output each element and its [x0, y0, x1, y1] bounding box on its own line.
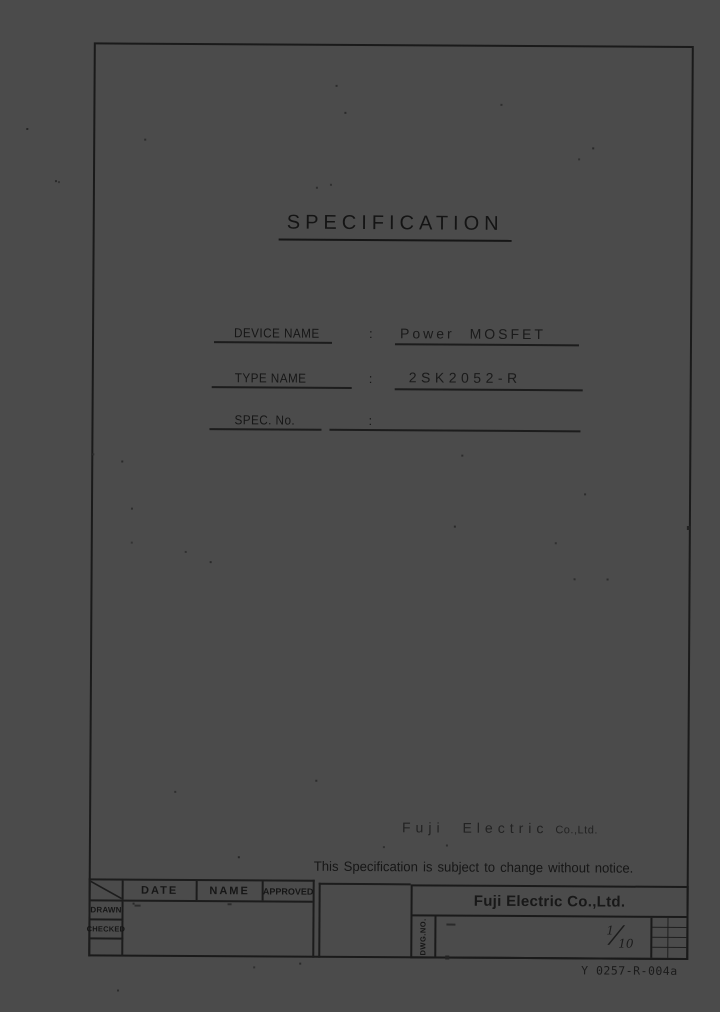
column-header-approved: APPROVED	[264, 881, 313, 900]
company-name-cell: Fuji Electric Co.,Ltd.	[412, 886, 686, 918]
device-name-label: DEVICE NAME	[234, 325, 320, 341]
drawing-number-row: DWG.NO. 1 ⁄ 10	[412, 916, 686, 958]
type-name-value: 2SK2052-R	[409, 369, 522, 386]
dwg-no-label: DWG.NO.	[419, 918, 428, 955]
device-name-value: Power MOSFET	[400, 325, 546, 342]
page-number-fraction: 1 ⁄ 10	[606, 919, 633, 955]
row-label-drawn: DRAWN	[90, 901, 123, 920]
spec-no-label: SPEC. No.	[234, 412, 295, 427]
company-signature: Fuji ElectricCo.,Ltd.	[402, 819, 598, 838]
column-header-date: DATE	[124, 881, 198, 900]
approval-corner-cell	[91, 880, 124, 899]
page-number-denominator: 10	[618, 937, 633, 951]
type-name-colon: :	[369, 371, 373, 386]
dwg-no-value-mark	[446, 924, 455, 926]
revision-grid-cell	[652, 948, 668, 958]
revision-grid-cell	[668, 928, 686, 938]
page-title: SPECIFICATION	[279, 211, 512, 241]
empty-title-block-cell	[318, 883, 410, 959]
page-border-frame	[88, 42, 694, 960]
company-signature-suffix: Co.,Ltd.	[555, 824, 598, 836]
revision-grid-cell	[668, 938, 686, 948]
diagonal-line	[91, 880, 122, 899]
row-label-checked: CHECKED	[90, 920, 123, 939]
spec-no-colon: :	[368, 413, 372, 428]
dwg-no-label-cell: DWG.NO.	[412, 916, 436, 956]
revision-grid-cell	[652, 918, 668, 928]
name-row-mark	[228, 903, 232, 905]
document-sheet: SPECIFICATION DEVICE NAME : Power MOSFET…	[0, 0, 720, 1012]
drawn-row-mark	[135, 905, 141, 907]
company-title-block: Fuji Electric Co.,Ltd. DWG.NO. 1 ⁄ 10	[410, 884, 688, 960]
device-name-colon: :	[369, 326, 373, 341]
column-header-name: NAME	[198, 881, 264, 900]
revision-grid	[650, 918, 686, 958]
change-notice-text: This Specification is subject to change …	[314, 859, 634, 876]
approval-header-row: DATE NAME APPROVED	[91, 880, 313, 900]
header-divider-line	[91, 899, 313, 902]
page-number-numerator: 1	[606, 924, 614, 938]
revision-grid-cell	[652, 938, 668, 948]
revision-grid-cell	[668, 948, 686, 958]
type-name-label: TYPE NAME	[235, 370, 307, 385]
revision-grid-cell	[668, 918, 686, 928]
scanned-page-background: SPECIFICATION DEVICE NAME : Power MOSFET…	[0, 0, 720, 1012]
document-code: Y 0257-R-004a	[581, 963, 678, 978]
approval-title-block: DATE NAME APPROVED DRAWN CHECKED	[88, 878, 314, 957]
revision-grid-cell	[652, 928, 668, 938]
company-signature-name: Fuji Electric	[402, 819, 548, 836]
label-column-line	[121, 940, 123, 957]
